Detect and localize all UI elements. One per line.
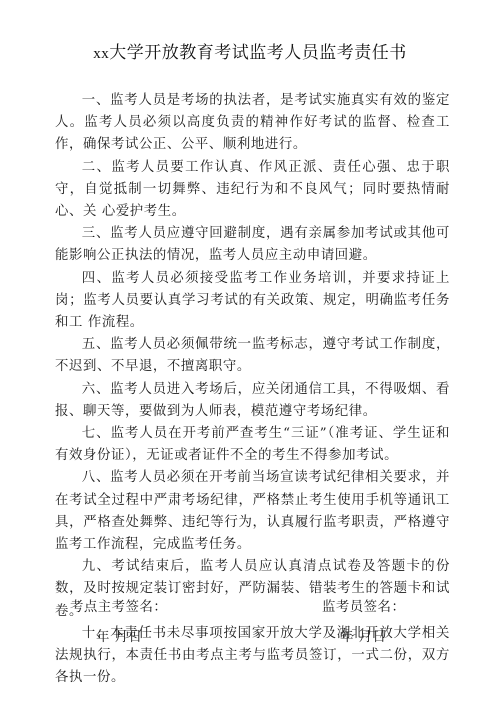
clause-2: 二、监考人员要工作认真、作风正派、责任心强、忠于职守，自觉抵制一切舞弊、违纪行为… (55, 157, 450, 224)
title-main: 大学开放教育考试监考人员监考责任书 (109, 43, 407, 63)
clause-3: 三、监考人员应遵守回避制度，遇有亲属参加考试或其他可能影响公正执法的情况，监考人… (55, 223, 450, 267)
chief-signature-label: 考点主考签名： (70, 596, 167, 615)
clause-7: 七、监考人员在开考前严查考生“三证”（准考证、学生证和有效身份证），无证或者证件… (55, 423, 450, 467)
clause-5: 五、监考人员必须佩带统一监考标志，遵守考试工作制度，不迟到、不早退，不擅离职守。 (55, 334, 450, 378)
chief-signature-date: 年 月日 (96, 626, 142, 645)
proctor-signature-label: 监考员签名： (322, 596, 405, 615)
proctor-signature-date: 年 月日 (340, 626, 386, 645)
title-prefix: xx (93, 46, 109, 62)
document-title: xx大学开放教育考试监考人员监考责任书 (0, 38, 500, 63)
clause-1: 一、监考人员是考场的执法者，是考试实施真实有效的鉴定人。监考人员必须以高度负责的… (55, 90, 450, 157)
clause-4: 四、监考人员必须接受监考工作业务培训，并要求持证上岗；监考人员要认真学习考试的有… (55, 268, 450, 335)
clause-8: 八、监考人员必须在开考前当场宣读考试纪律相关要求，并在考试全过程中严肃考场纪律，… (55, 467, 450, 556)
clause-6: 六、监考人员进入考场后，应关闭通信工具，不得吸烟、看报、聊天等，要做到为人师表，… (55, 379, 450, 423)
